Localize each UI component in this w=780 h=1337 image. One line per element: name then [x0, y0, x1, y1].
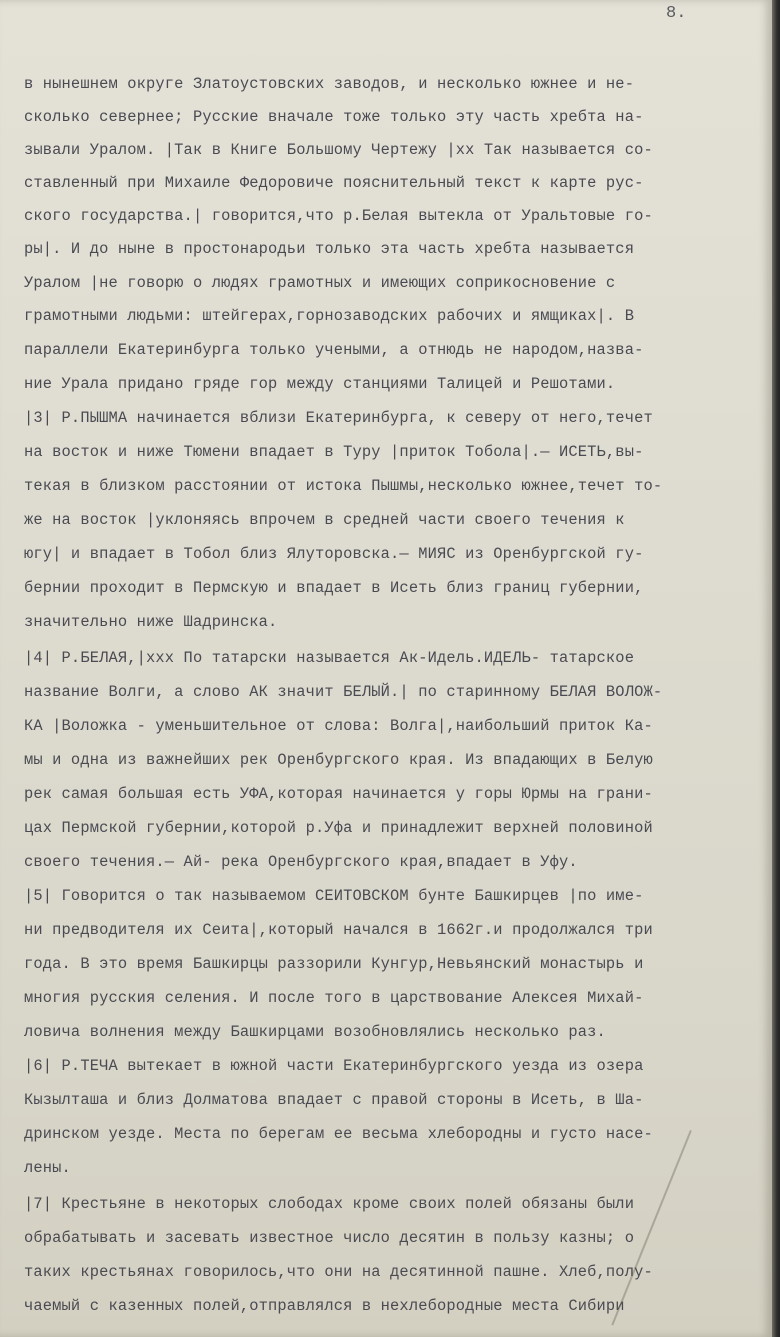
text-line: ставленный при Михаиле Федоровиче поясни… — [24, 174, 643, 192]
text-line: |5| Говорится о так называемом СЕИТОВСКО… — [24, 887, 643, 905]
text-line: рек самая большая есть УФА,которая начин… — [24, 785, 653, 803]
text-line: сколько севернее; Русские вначале тоже т… — [24, 108, 643, 126]
text-line: своего течения.— Ай- река Оренбургского … — [24, 853, 578, 871]
page-edge-shadow — [772, 0, 780, 1337]
text-line: зывали Уралом. |Так в Книге Большому Чер… — [24, 141, 653, 159]
text-line: КА |Воложка - уменьшительное от слова: В… — [24, 717, 653, 735]
text-line: |3| Р.ПЫШМА начинается вблизи Екатеринбу… — [24, 409, 653, 427]
text-line: текая в близком расстоянии от истока Пыш… — [24, 477, 662, 495]
text-line: Кызылташа и близ Долматова впадает с пра… — [24, 1091, 643, 1109]
text-line: же на восток |уклоняясь впрочем в средне… — [24, 511, 625, 529]
text-line: грамотными людьми: штейгерах,горнозаводс… — [24, 307, 634, 325]
document-page: 8. в нынешнем округе Златоустовских заво… — [0, 0, 772, 1337]
text-line: значительно ниже Шадринска. — [24, 613, 277, 631]
text-line: ние Урала придано гряде гор между станци… — [24, 375, 615, 393]
text-line: |6| Р.ТЕЧА вытекает в южной части Екатер… — [24, 1057, 643, 1075]
text-line: ни предводителя их Сеита|,который началс… — [24, 921, 653, 939]
text-line: обрабатывать и засевать известное число … — [24, 1229, 634, 1247]
text-line: название Волги, а слово АК значит БЕЛЫЙ.… — [24, 683, 662, 701]
text-line: лены. — [24, 1159, 71, 1177]
text-line: югу| и впадает в Тобол близ Ялуторовска.… — [24, 545, 643, 563]
text-line: таких крестьянах говорилось,что они на д… — [24, 1263, 653, 1281]
text-line: чаемый с казенных полей,отправлялся в не… — [24, 1297, 625, 1315]
text-line: бернии проходит в Пермскую и впадает в И… — [24, 579, 643, 597]
paper-crease — [611, 1130, 692, 1325]
text-line: многия русския селения. И после того в ц… — [24, 989, 643, 1007]
text-line: |4| Р.БЕЛАЯ,|ххх По татарски называется … — [24, 649, 634, 667]
text-line: ского государства.| говорится,что р.Бела… — [24, 207, 653, 225]
text-line: года. В это время Башкирцы раззорили Кун… — [24, 955, 643, 973]
text-line: мы и одна из важнейших рек Оренбургского… — [24, 751, 653, 769]
text-line: на восток и ниже Тюмени впадает в Туру |… — [24, 443, 643, 461]
text-line: ры|. И до ныне в простонародьи только эт… — [24, 240, 634, 258]
page-number: 8. — [666, 4, 686, 23]
text-line: параллели Екатеринбурга только учеными, … — [24, 341, 643, 359]
text-line: в нынешнем округе Златоустовских заводов… — [24, 75, 634, 93]
text-line: цах Пермской губернии,которой р.Уфа и пр… — [24, 819, 653, 837]
text-line: дринском уезде. Места по берегам ее весь… — [24, 1125, 653, 1143]
text-line: |7| Крестьяне в некоторых слободах кроме… — [24, 1195, 634, 1213]
text-line: ловича волнения между Башкирцами возобно… — [24, 1023, 606, 1041]
text-line: Уралом |не говорю о людях грамотных и им… — [24, 274, 615, 292]
